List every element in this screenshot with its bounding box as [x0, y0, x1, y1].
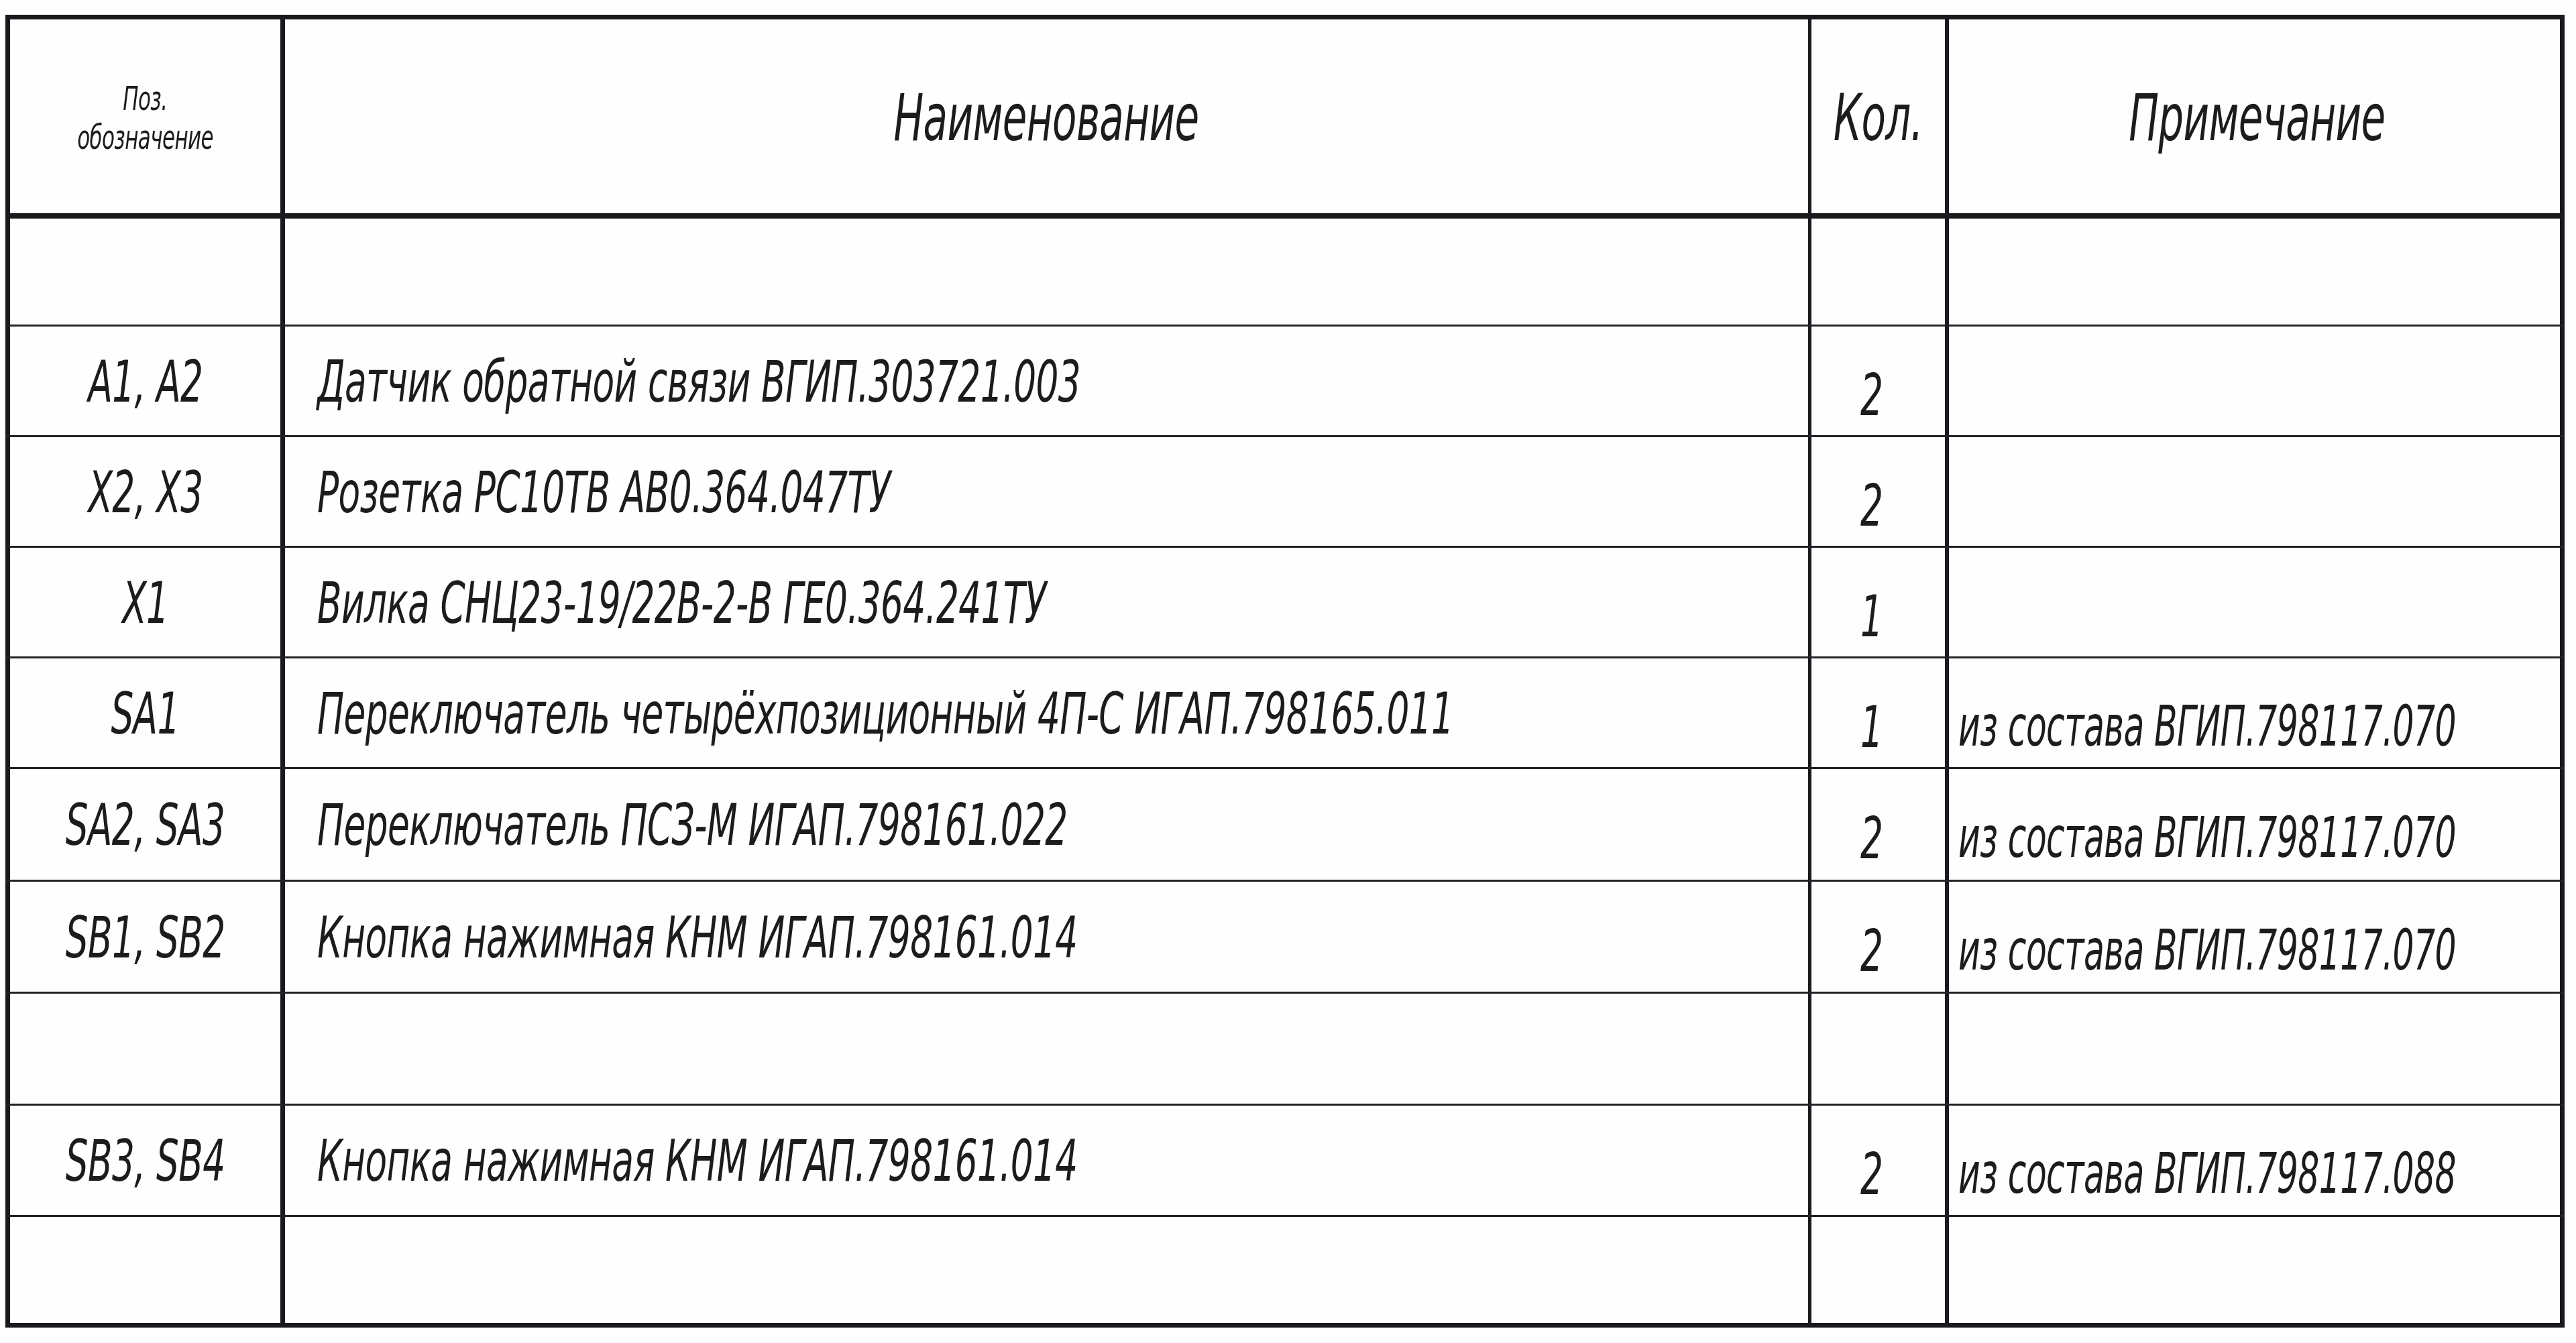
header-position-line2: обозначение [77, 118, 213, 157]
cell-note [1949, 328, 2565, 436]
cell-note: из состава ВГИП.798117.070 [1949, 883, 2565, 992]
note-text: из состава ВГИП.798117.088 [1958, 1141, 2456, 1206]
name-text: Кнопка нажимная КНМ ИГАП.798161.014 [317, 1128, 1078, 1195]
header-quantity-text: Кол. [1834, 80, 1923, 156]
cell-note: из состава ВГИП.798117.070 [1949, 770, 2565, 880]
cell-quantity: 2 [1811, 1107, 1945, 1216]
quantity-text: 2 [1860, 918, 1883, 985]
cell-note: из состава ВГИП.798117.088 [1949, 1107, 2565, 1216]
cell-position [10, 1218, 280, 1328]
cell-name: Кнопка нажимная КНМ ИГАП.798161.014 [285, 1107, 1808, 1216]
cell-quantity: 2 [1811, 328, 1945, 436]
header-divider [5, 213, 2565, 219]
row-divider [5, 325, 2565, 327]
cell-position [10, 995, 280, 1104]
cell-quantity: 2 [1811, 439, 1945, 546]
position-text: X1 [122, 570, 168, 637]
cell-quantity: 2 [1811, 770, 1945, 880]
name-text: Переключатель ПСЗ-М ИГАП.798161.022 [317, 792, 1068, 859]
header-name: Наименование [285, 19, 1808, 216]
cell-note [1949, 995, 2565, 1104]
cell-name: Переключатель четырёхпозиционный 4П-С ИГ… [285, 660, 1808, 768]
header-quantity: Кол. [1811, 19, 1945, 216]
cell-position: SB3, SB4 [10, 1107, 280, 1216]
note-text: из состава ВГИП.798117.070 [1958, 693, 2456, 759]
cell-name: Кнопка нажимная КНМ ИГАП.798161.014 [285, 883, 1808, 992]
cell-position: SA1 [10, 660, 280, 768]
position-text: X2, X3 [88, 459, 203, 526]
quantity-text: 2 [1860, 805, 1883, 872]
position-text: SB1, SB2 [66, 904, 225, 972]
cell-position: X2, X3 [10, 439, 280, 546]
position-text: SB3, SB4 [66, 1128, 225, 1195]
cell-quantity [1811, 995, 1945, 1104]
cell-position: A1, A2 [10, 328, 280, 436]
row-divider [5, 546, 2565, 548]
cell-quantity: 1 [1811, 549, 1945, 657]
row-divider [5, 767, 2565, 769]
cell-position [10, 219, 280, 325]
column-divider-position [280, 15, 285, 1328]
cell-name [285, 219, 1808, 325]
header-position-line1: Поз. [123, 79, 167, 118]
cell-note [1949, 219, 2565, 325]
name-text: Розетка РС10ТВ АВ0.364.047ТУ [317, 459, 890, 526]
header-note: Примечание [1949, 19, 2565, 216]
cell-quantity: 1 [1811, 660, 1945, 768]
cell-position: X1 [10, 549, 280, 657]
name-text: Переключатель четырёхпозиционный 4П-С ИГ… [317, 681, 1453, 748]
cell-name [285, 995, 1808, 1104]
row-divider [5, 1104, 2565, 1106]
row-divider [5, 880, 2565, 882]
cell-name [285, 1218, 1808, 1328]
parts-list-sheet: Поз. обозначение Наименование Кол. Приме… [0, 0, 2576, 1343]
row-divider [5, 656, 2565, 658]
cell-quantity: 2 [1811, 883, 1945, 992]
cell-note [1949, 549, 2565, 657]
name-text: Вилка СНЦ23-19/22В-2-В ГЕ0.364.241ТУ [317, 570, 1046, 637]
cell-position: SB1, SB2 [10, 883, 280, 992]
header-position: Поз. обозначение [10, 19, 280, 216]
name-text: Датчик обратной связи ВГИП.303721.003 [317, 349, 1080, 416]
position-text: SA2, SA3 [66, 792, 225, 859]
header-name-text: Наименование [894, 80, 1199, 156]
quantity-text: 2 [1860, 473, 1883, 540]
quantity-text: 1 [1860, 583, 1883, 650]
cell-name: Розетка РС10ТВ АВ0.364.047ТУ [285, 439, 1808, 546]
quantity-text: 2 [1860, 1141, 1883, 1208]
position-text: SA1 [111, 681, 179, 748]
quantity-text: 1 [1860, 694, 1883, 761]
quantity-text: 2 [1860, 362, 1883, 429]
name-text: Кнопка нажимная КНМ ИГАП.798161.014 [317, 904, 1078, 972]
position-text: A1, A2 [88, 349, 203, 416]
note-text: из состава ВГИП.798117.070 [1958, 917, 2456, 983]
row-divider [5, 1215, 2565, 1217]
cell-name: Вилка СНЦ23-19/22В-2-В ГЕ0.364.241ТУ [285, 549, 1808, 657]
cell-name: Переключатель ПСЗ-М ИГАП.798161.022 [285, 770, 1808, 880]
header-note-text: Примечание [2129, 80, 2385, 156]
cell-note [1949, 439, 2565, 546]
cell-note: из состава ВГИП.798117.070 [1949, 660, 2565, 768]
cell-position: SA2, SA3 [10, 770, 280, 880]
note-text: из состава ВГИП.798117.070 [1958, 805, 2456, 870]
row-divider [5, 435, 2565, 437]
row-divider [5, 992, 2565, 994]
cell-name: Датчик обратной связи ВГИП.303721.003 [285, 328, 1808, 436]
cell-note [1949, 1218, 2565, 1328]
cell-quantity [1811, 219, 1945, 325]
cell-quantity [1811, 1218, 1945, 1328]
